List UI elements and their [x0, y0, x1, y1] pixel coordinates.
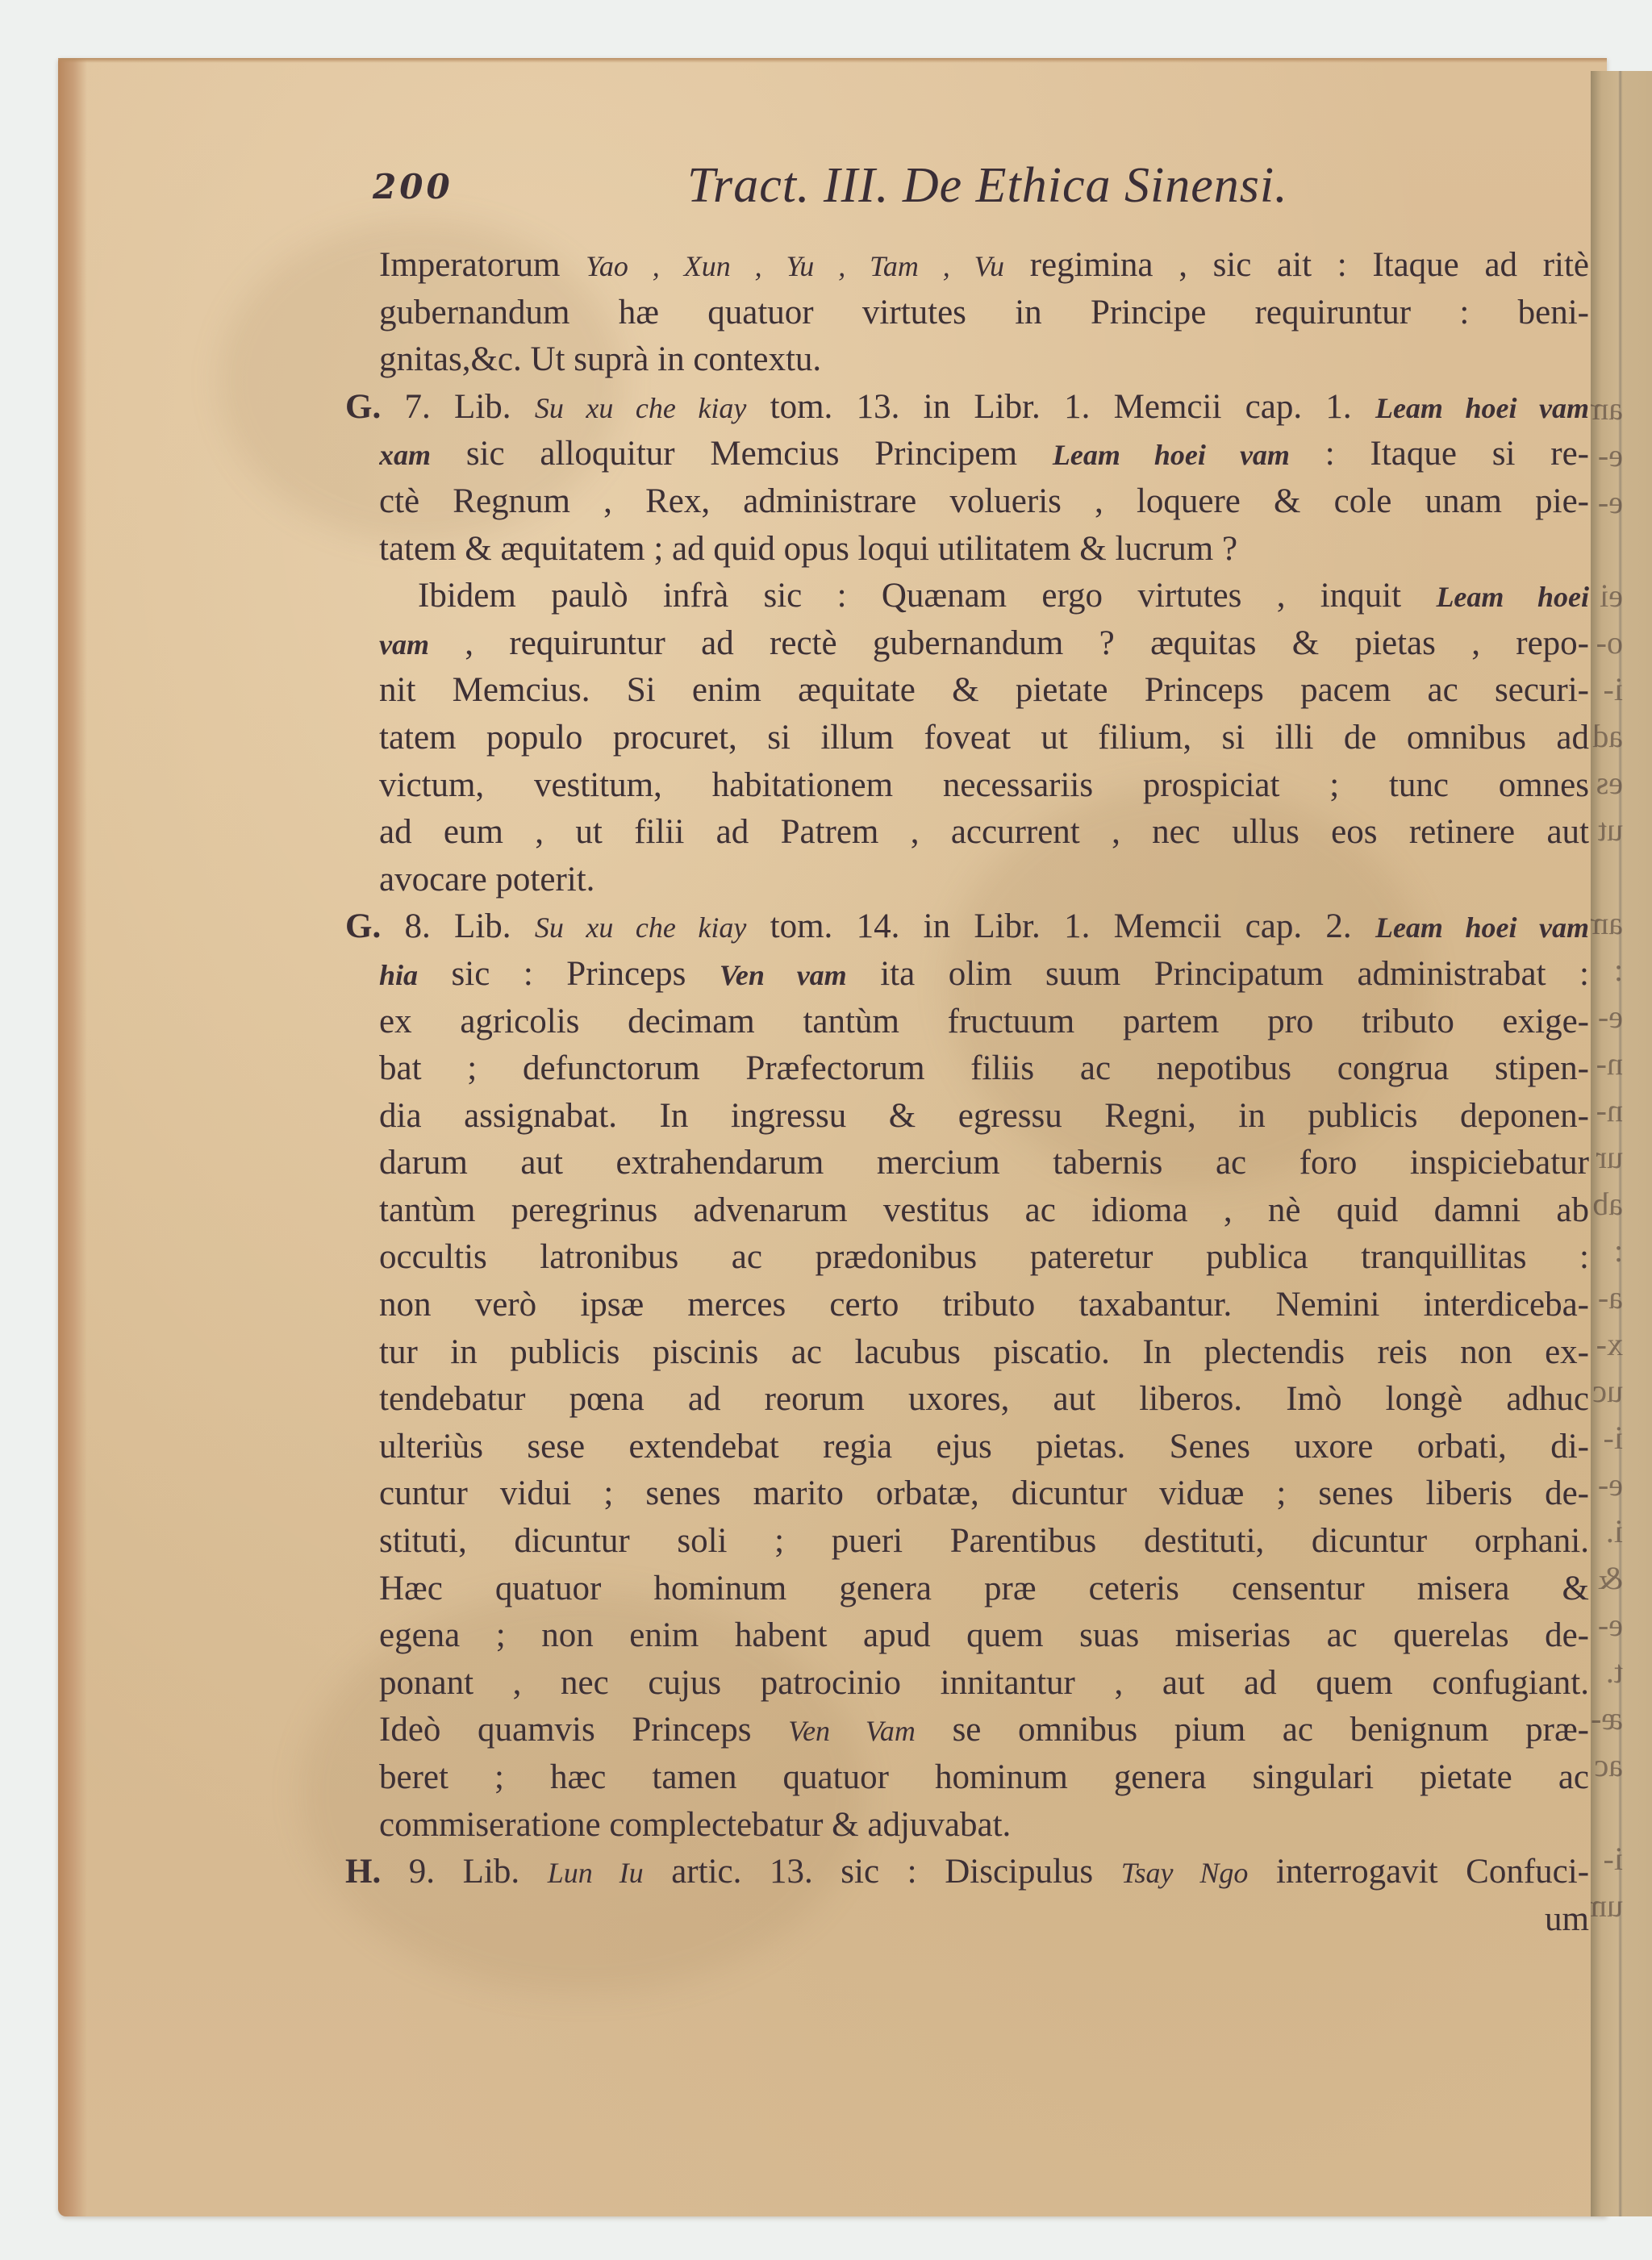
romanized-chinese-term: xam — [379, 439, 431, 471]
text-line: beret ; hæc tamen quatuor hominum genera… — [379, 1754, 1589, 1802]
text-line: tatem & æquitatem ; ad quid opus loqui u… — [379, 526, 1605, 573]
text-span: tom. 14. in Libr. 1. Memcii cap. 2. — [746, 907, 1375, 945]
romanized-chinese-term: Leam hoei — [1436, 581, 1589, 613]
text-line: non verò ipsæ merces certo tributo taxab… — [379, 1282, 1589, 1329]
text-line: xam sic alloquitur Memcius Principem Lea… — [379, 431, 1589, 478]
text-span: Hæc quatuor hominum genera præ ceteris c… — [379, 1570, 1589, 1607]
romanized-chinese-term: Ven Vam — [788, 1715, 916, 1747]
text-line: um — [379, 1896, 1589, 1944]
romanized-chinese-term: Su xu che kiay — [535, 911, 747, 944]
text-span: gnitas,&c. Ut suprà in contextu. — [379, 340, 821, 378]
text-line: commiseratione complectebatur & adjuvaba… — [379, 1802, 1605, 1849]
text-line: Ideò quamvis Princeps Ven Vam se omnibus… — [379, 1707, 1589, 1754]
text-span: tantùm peregrinus advenarum vestitus ac … — [379, 1191, 1589, 1229]
text-line: victum, vestitum, habitationem necessari… — [379, 762, 1589, 810]
text-span: 7. Lib. — [381, 388, 535, 426]
text-line: ponant , nec cujus patrocinio innitantur… — [379, 1660, 1589, 1708]
citation-marker: G. — [345, 388, 381, 426]
text-line: darum aut extrahendarum mercium tabernis… — [379, 1140, 1589, 1187]
citation-marker: G. — [345, 907, 381, 945]
citation-marker: H. — [345, 1853, 381, 1891]
text-span: sic alloquitur Memcius Principem — [431, 435, 1053, 473]
romanized-chinese-term: Leam hoei vam — [1375, 911, 1589, 944]
text-span: 9. Lib. — [381, 1853, 548, 1891]
text-line: dia assignabat. In ingressu & egressu Re… — [379, 1093, 1589, 1140]
text-span: regimina , sic ait : Itaque ad ritè — [1004, 246, 1589, 284]
text-line: ulteriùs sese extendebat regia ejus piet… — [379, 1424, 1589, 1471]
romanized-chinese-term: hia — [379, 959, 418, 991]
text-span: 8. Lib. — [381, 907, 535, 945]
citation-line: G. 8. Lib. Su xu che kiay tom. 14. in Li… — [345, 903, 1589, 951]
text-span: tom. 13. in Libr. 1. Memcii cap. 1. — [746, 388, 1375, 426]
text-span: , requiruntur ad rectè gubernandum ? æqu… — [429, 624, 1589, 662]
text-span: tatem & æquitatem ; ad quid opus loqui u… — [379, 530, 1237, 568]
text-span: sic : Princeps — [418, 955, 720, 993]
text-span: cuntur vidui ; senes marito orbatæ, dicu… — [379, 1474, 1589, 1512]
page-top-edge — [58, 58, 1607, 63]
body-text: Imperatorum Yao , Xun , Yu , Tam , Vu re… — [379, 242, 1605, 1943]
text-line: gubernandum hæ quatuor virtutes in Princ… — [379, 290, 1589, 337]
text-span: interrogavit Confuci- — [1248, 1853, 1589, 1891]
romanized-chinese-term: Lun Iu — [548, 1857, 644, 1889]
page-number: 200 — [373, 167, 453, 206]
text-line: cuntur vidui ; senes marito orbatæ, dicu… — [379, 1470, 1589, 1518]
text-line: occultis latronibus ac prædonibus patere… — [379, 1234, 1589, 1282]
citation-line: H. 9. Lib. Lun Iu artic. 13. sic : Disci… — [345, 1849, 1589, 1896]
text-span: artic. 13. sic : Discipulus — [644, 1853, 1121, 1891]
text-span: avocare poterit. — [379, 861, 594, 899]
romanized-chinese-term: Leam hoei vam — [1375, 392, 1589, 424]
romanized-chinese-term: Yao , Xun , Yu , Tam , Vu — [586, 250, 1004, 282]
text-line: vam , requiruntur ad rectè gubernandum ?… — [379, 620, 1589, 668]
text-span: egena ; non enim habent apud quem suas m… — [379, 1616, 1589, 1654]
text-line: tatem populo procuret, si illum foveat u… — [379, 715, 1589, 762]
text-line: hia sic : Princeps Ven vam ita olim suum… — [379, 951, 1589, 999]
text-line: tendebatur pœna ad reorum uxores, aut li… — [379, 1376, 1589, 1424]
text-span: ad eum , ut filii ad Patrem , accurrent … — [379, 813, 1589, 851]
text-span: Imperatorum — [379, 246, 586, 284]
text-span: non verò ipsæ merces certo tributo taxab… — [379, 1286, 1589, 1324]
romanized-chinese-term: Ven vam — [720, 959, 847, 991]
text-line: gnitas,&c. Ut suprà in contextu. — [379, 336, 1605, 384]
text-line: Ibidem paulò infrà sic : Quænam ergo vir… — [379, 573, 1589, 620]
citation-line: G. 7. Lib. Su xu che kiay tom. 13. in Li… — [345, 384, 1589, 432]
page-left-edge — [58, 58, 87, 2216]
running-head: 200 Tract. III. De Ethica Sinensi. — [373, 157, 1583, 222]
text-span: occultis latronibus ac prædonibus patere… — [379, 1238, 1589, 1276]
romanized-chinese-term: Tsay Ngo — [1121, 1857, 1249, 1889]
text-span: ex agricolis decimam tantùm fructuum par… — [379, 1003, 1589, 1040]
text-span: bat ; defunctorum Præfectorum filiis ac … — [379, 1049, 1589, 1087]
romanized-chinese-term: Su xu che kiay — [535, 392, 747, 424]
text-line: ctè Regnum , Rex, administrare volueris … — [379, 478, 1589, 526]
text-span: tatem populo procuret, si illum foveat u… — [379, 719, 1589, 757]
romanized-chinese-term: vam — [379, 628, 429, 661]
text-span: se omnibus pium ac benignum præ- — [916, 1711, 1589, 1749]
text-span: ponant , nec cujus patrocinio innitantur… — [379, 1664, 1589, 1702]
text-line: Imperatorum Yao , Xun , Yu , Tam , Vu re… — [379, 242, 1589, 290]
text-span: dia assignabat. In ingressu & egressu Re… — [379, 1097, 1589, 1135]
text-span: commiseratione complectebatur & adjuvaba… — [379, 1806, 1011, 1844]
text-span: ulteriùs sese extendebat regia ejus piet… — [379, 1428, 1589, 1466]
text-span: victum, vestitum, habitationem necessari… — [379, 766, 1589, 804]
text-span: um — [1545, 1900, 1589, 1938]
text-span: darum aut extrahendarum mercium tabernis… — [379, 1144, 1589, 1182]
text-span: tendebatur pœna ad reorum uxores, aut li… — [379, 1380, 1589, 1418]
text-span: Ibidem paulò infrà sic : Quænam ergo vir… — [418, 577, 1436, 615]
text-span: : Itaque si re- — [1290, 435, 1589, 473]
text-span: Ideò quamvis Princeps — [379, 1711, 788, 1749]
text-span: nit Memcius. Si enim æquitate & pietate … — [379, 671, 1589, 709]
text-line: egena ; non enim habent apud quem suas m… — [379, 1612, 1589, 1660]
text-span: beret ; hæc tamen quatuor hominum genera… — [379, 1758, 1589, 1796]
text-span: tur in publicis piscinis ac lacubus pisc… — [379, 1333, 1589, 1371]
text-span: stituti, dicuntur soli ; pueri Parentibu… — [379, 1522, 1589, 1560]
text-line: nit Memcius. Si enim æquitate & pietate … — [379, 667, 1589, 715]
text-line: stituti, dicuntur soli ; pueri Parentibu… — [379, 1518, 1589, 1566]
romanized-chinese-term: Leam hoei vam — [1053, 439, 1290, 471]
text-line: tantùm peregrinus advenarum vestitus ac … — [379, 1187, 1589, 1235]
running-title: Tract. III. De Ethica Sinensi. — [687, 157, 1288, 215]
text-line: ex agricolis decimam tantùm fructuum par… — [379, 999, 1589, 1046]
text-span: gubernandum hæ quatuor virtutes in Princ… — [379, 294, 1589, 331]
text-line: Hæc quatuor hominum genera præ ceteris c… — [379, 1566, 1589, 1613]
text-span: ctè Regnum , Rex, administrare volueris … — [379, 482, 1589, 520]
text-line: ad eum , ut filii ad Patrem , accurrent … — [379, 809, 1589, 857]
text-line: avocare poterit. — [379, 857, 1605, 904]
text-span: ita olim suum Principatum administrabat … — [847, 955, 1589, 993]
text-line: bat ; defunctorum Præfectorum filiis ac … — [379, 1045, 1589, 1093]
text-line: tur in publicis piscinis ac lacubus pisc… — [379, 1329, 1589, 1377]
